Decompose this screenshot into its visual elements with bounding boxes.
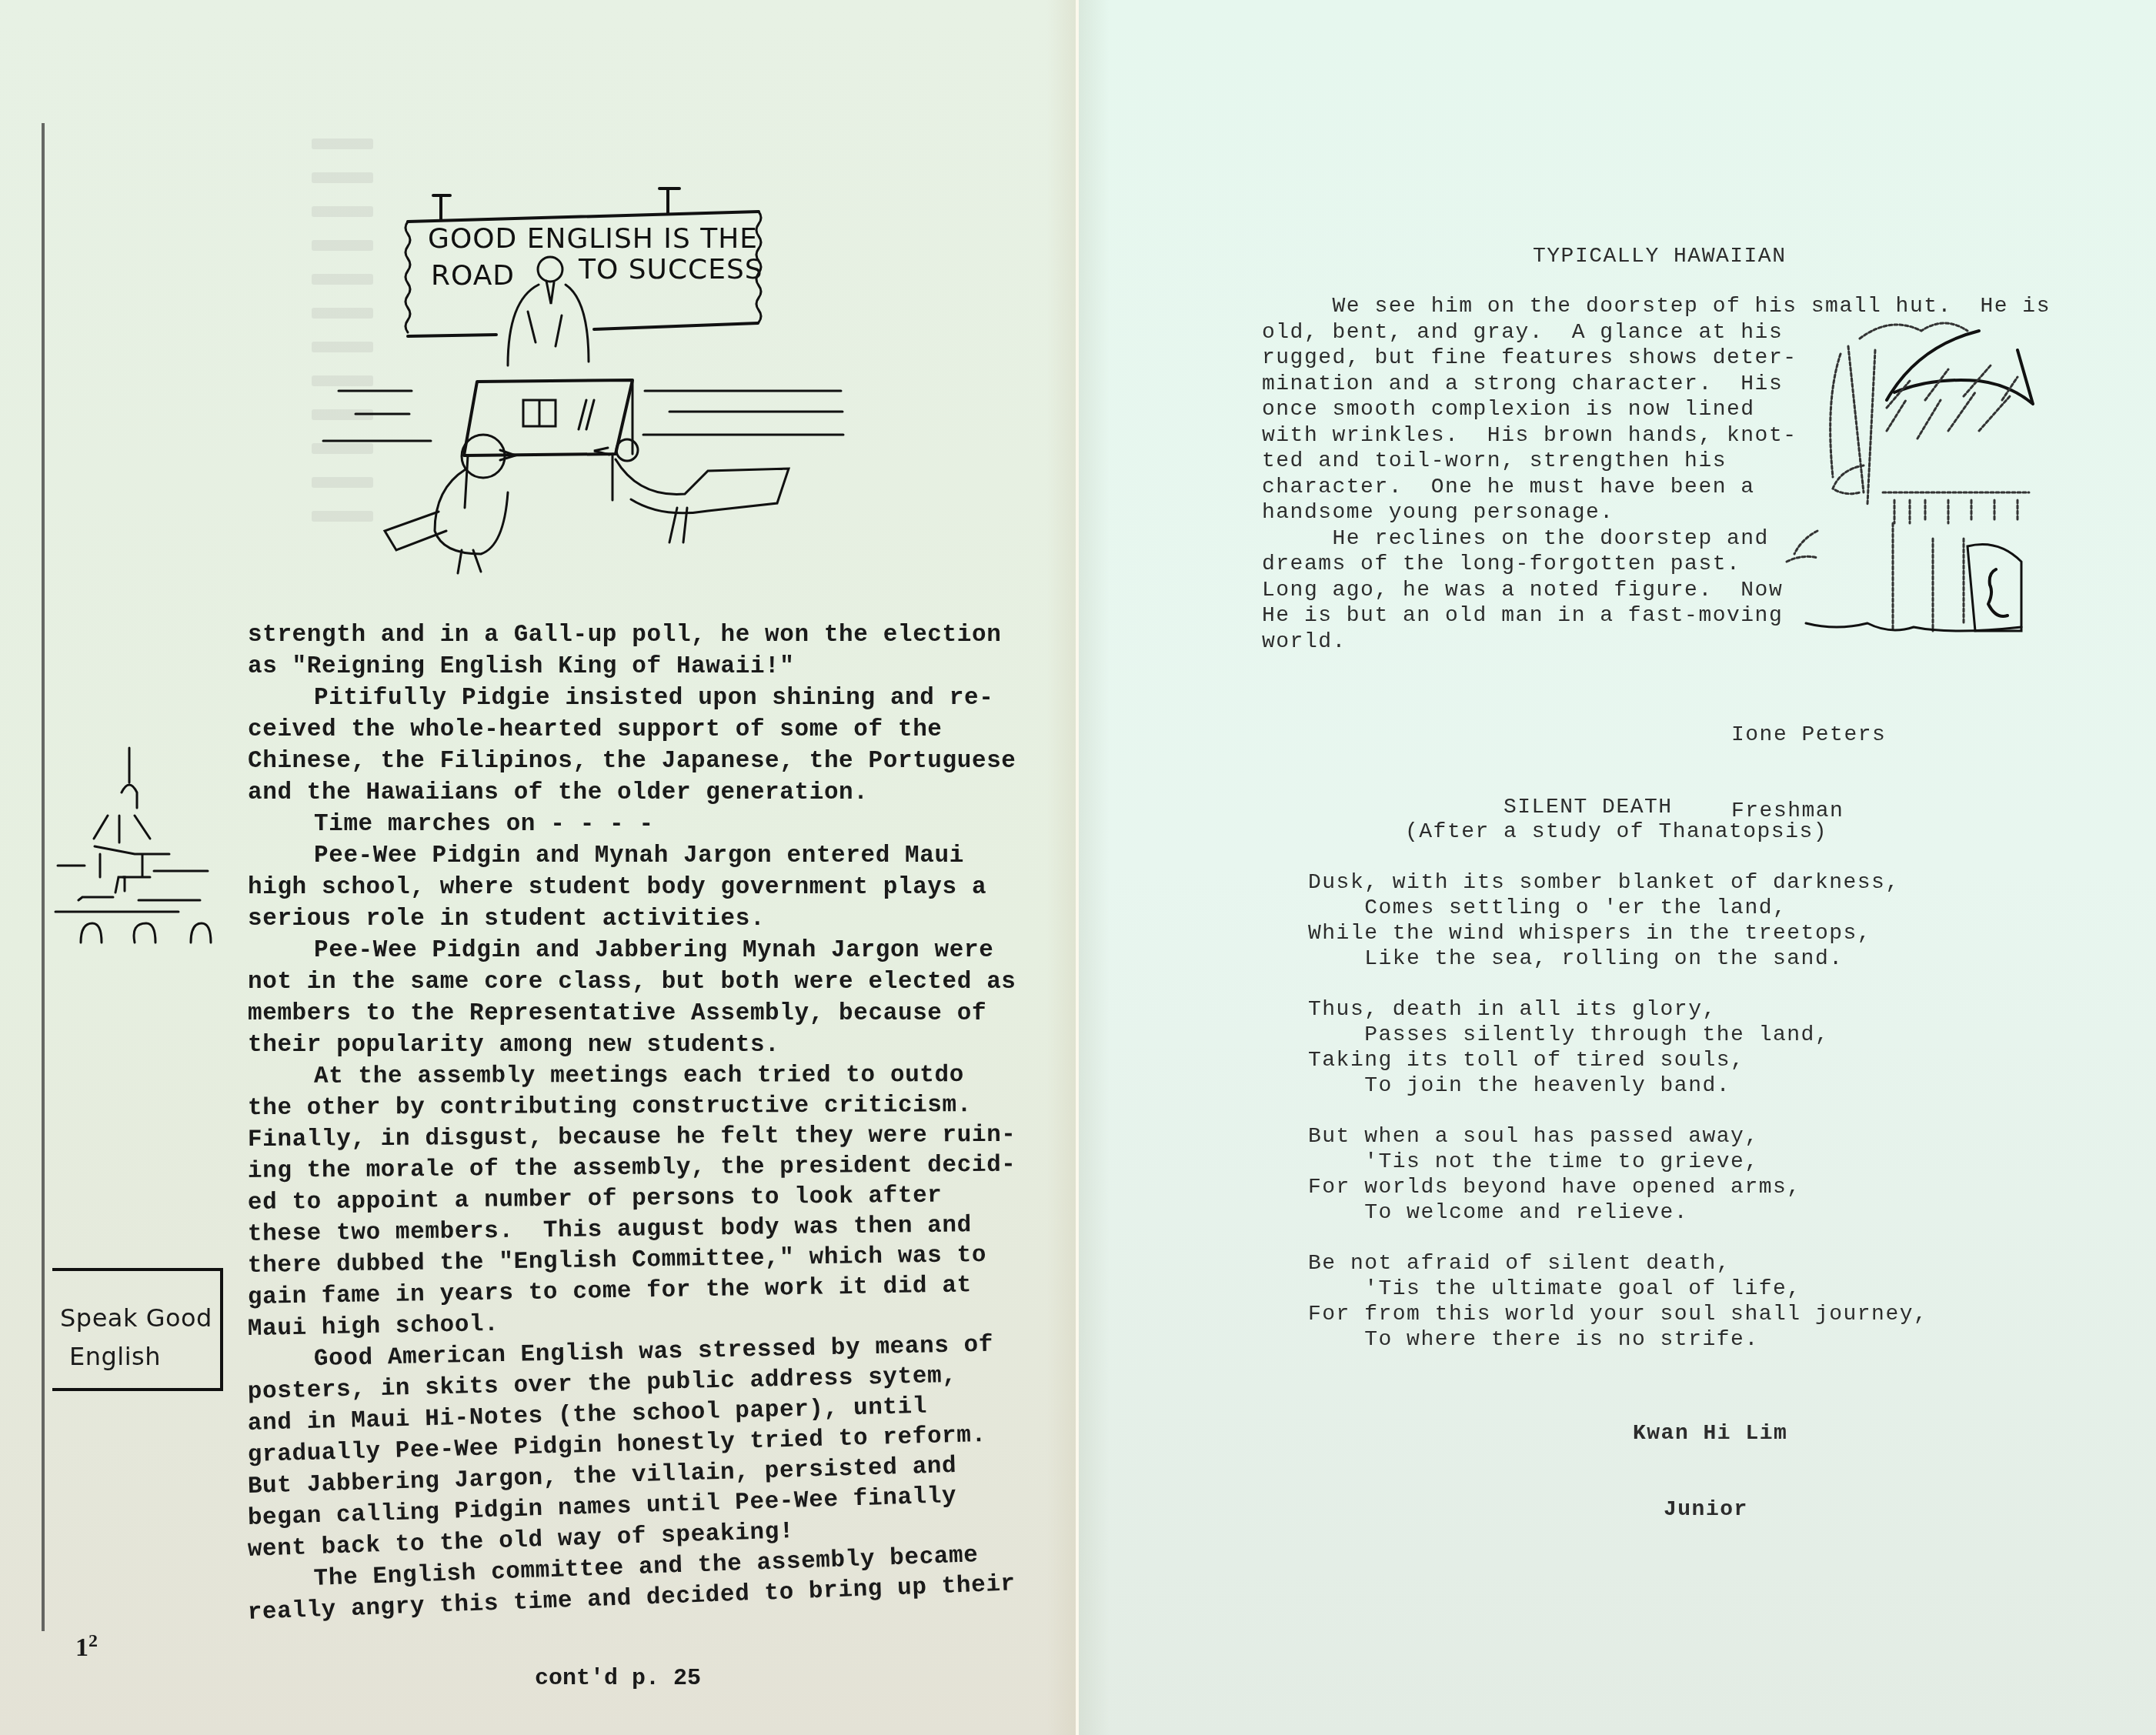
story-line: Time marches on - - - - <box>248 811 1040 842</box>
silent-death-subtitle: (After a study of Thanatopsis) <box>1405 820 1827 844</box>
poem-line: 'Tis the ultimate goal of life, <box>1308 1276 1927 1302</box>
story-line: as "Reigning English King of Hawaii!" <box>248 653 1040 685</box>
poem-line: 'Tis not the time to grieve, <box>1308 1149 1927 1175</box>
silent-death-byline: Kwan Hi Lim Junior <box>1633 1370 1787 1573</box>
author-name: Kwan Hi Lim <box>1633 1421 1787 1446</box>
poem-line: Thus, death in all its glory, <box>1308 997 1927 1023</box>
poem-line: Be not afraid of silent death, <box>1308 1251 1927 1276</box>
hawaiian-hut-sketch <box>1079 0 2156 692</box>
stanza: Dusk, with its somber blanket of darknes… <box>1308 870 1927 972</box>
story-line: and the Hawaiians of the older generatio… <box>248 779 1040 811</box>
poem-line: For from this world your soul shall jour… <box>1308 1302 1927 1327</box>
story-line: serious role in student activities. <box>248 906 1040 937</box>
poem-line: For worlds beyond have opened arms, <box>1308 1175 1927 1200</box>
story-line: high school, where student body governme… <box>248 874 1040 906</box>
story-line: Chinese, the Filipinos, the Japanese, th… <box>248 748 1040 779</box>
svg-text:ROAD: ROAD <box>431 260 515 292</box>
story-line: strength and in a Gall-up poll, he won t… <box>248 622 1040 653</box>
svg-text:TO SUCCESS: TO SUCCESS <box>578 254 763 285</box>
story-body: strength and in a Gall-up poll, he won t… <box>248 622 1040 1631</box>
story-line: ceived the whole-hearted support of some… <box>248 716 1040 748</box>
poem-line: Like the sea, rolling on the sand. <box>1308 946 1927 972</box>
stanza: But when a soul has passed away, 'Tis no… <box>1308 1124 1927 1226</box>
speak-good-english-sign: Speak Good English <box>52 1268 223 1391</box>
right-page: TYPICALLY HAWAIIAN We see him on the doo… <box>1079 0 2156 1735</box>
story-line: Pitifully Pidgie insisted upon shining a… <box>248 685 1040 716</box>
story-line: Pee-Wee Pidgin and Mynah Jargon entered … <box>248 842 1040 874</box>
poem-line: To where there is no strife. <box>1308 1327 1927 1353</box>
story-line: Pee-Wee Pidgin and Jabbering Mynah Jargo… <box>248 937 1040 969</box>
tower-sketch-icon <box>0 0 246 1000</box>
sign-line-1: Speak Good <box>60 1299 212 1337</box>
silent-death-poem: Dusk, with its somber blanket of darknes… <box>1308 870 1927 1378</box>
left-page: GOOD ENGLISH IS THE ROAD TO SUCCESS stre… <box>0 0 1077 1735</box>
typically-hawaiian-byline: Ione Peters Freshman <box>1731 672 1886 875</box>
poem-line: But when a soul has passed away, <box>1308 1124 1927 1149</box>
story-line: members to the Representative Assembly, … <box>248 1000 1040 1032</box>
author-name: Ione Peters <box>1731 722 1886 748</box>
svg-text:GOOD ENGLISH IS THE: GOOD ENGLISH IS THE <box>428 223 758 255</box>
poem-line: Dusk, with its somber blanket of darknes… <box>1308 870 1927 896</box>
sign-line-2: English <box>60 1337 212 1376</box>
stanza: Thus, death in all its glory, Passes sil… <box>1308 997 1927 1099</box>
poem-line: Taking its toll of tired souls, <box>1308 1048 1927 1073</box>
author-grade: Junior <box>1633 1497 1787 1523</box>
continued-note: cont'd p. 25 <box>535 1666 701 1692</box>
poem-line: To welcome and relieve. <box>1308 1200 1927 1226</box>
poem-line: While the wind whispers in the treetops, <box>1308 921 1927 946</box>
poem-line: To join the heavenly band. <box>1308 1073 1927 1099</box>
page-number: 12 <box>75 1631 98 1663</box>
silent-death-title: SILENT DEATH <box>1504 796 1673 819</box>
poem-line: Comes settling o 'er the land, <box>1308 896 1927 921</box>
story-line: their popularity among new students. <box>248 1032 1040 1063</box>
story-line: At the assembly meetings each tried to o… <box>248 1062 1040 1095</box>
story-line: the other by contributing constructive c… <box>248 1092 1040 1126</box>
stanza: Be not afraid of silent death, 'Tis the … <box>1308 1251 1927 1353</box>
story-line: not in the same core class, but both wer… <box>248 969 1040 1000</box>
poem-line: Passes silently through the land, <box>1308 1023 1927 1048</box>
